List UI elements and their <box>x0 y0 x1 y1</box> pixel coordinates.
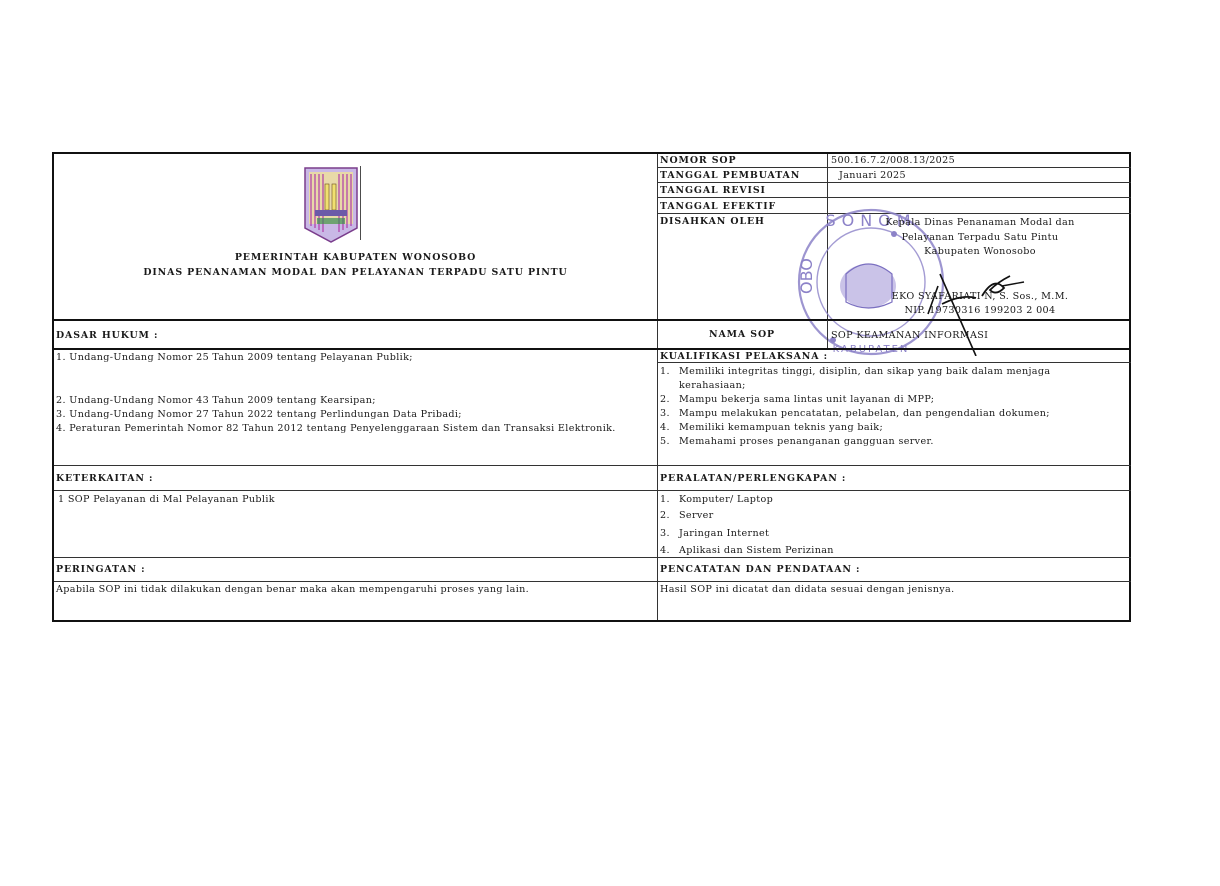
nama-sop-divider <box>827 320 828 348</box>
keterkaitan-label: KETERKAITAN : <box>56 473 153 485</box>
kualifikasi-item: 2.Mampu bekerja sama lintas unit layanan… <box>660 394 934 406</box>
peralatan-item: 4.Aplikasi dan Sistem Perizinan <box>660 545 834 557</box>
column-divider <box>657 154 658 620</box>
row-line <box>54 465 1131 466</box>
row-line <box>657 167 1131 168</box>
tanggal-efektif-label: TANGGAL EFEKTIF <box>660 201 776 213</box>
row-line <box>657 197 1131 198</box>
regency-coat-of-arms-icon <box>303 166 361 244</box>
row-line <box>657 213 1131 214</box>
row-line <box>54 557 1131 558</box>
pencatatan-text: Hasil SOP ini dicatat dan didata sesuai … <box>660 584 955 596</box>
nomor-sop-value: 500.16.7.2/008.13/2025 <box>831 155 955 167</box>
row-line <box>54 348 1131 350</box>
peralatan-label: PERALATAN/PERLENGKAPAN : <box>660 473 846 485</box>
disahkan-oleh-label: DISAHKAN OLEH <box>660 216 765 228</box>
keterkaitan-item: 1 SOP Pelayanan di Mal Pelayanan Publik <box>58 494 275 506</box>
dasar-hukum-item: 4. Peraturan Pemerintah Nomor 82 Tahun 2… <box>56 423 616 435</box>
approver-nip: NIP. 19730316 199203 2 004 <box>830 305 1130 317</box>
kualifikasi-item: 5.Memahami proses penanganan gangguan se… <box>660 436 934 448</box>
approver-title-line1: Kepala Dinas Penanaman Modal dan <box>830 217 1130 229</box>
row-line <box>657 182 1131 183</box>
svg-text:OBO: OBO <box>797 258 816 294</box>
nomor-sop-label: NOMOR SOP <box>660 155 736 167</box>
tanggal-pembuatan-value: Januari 2025 <box>839 170 906 182</box>
kualifikasi-item: 1.Memiliki integritas tinggi, disiplin, … <box>660 366 1050 378</box>
dasar-hukum-label: DASAR HUKUM : <box>56 330 158 342</box>
row-line <box>54 490 1131 491</box>
peralatan-item: 1.Komputer/ Laptop <box>660 494 773 506</box>
peralatan-item: 3.Jaringan Internet <box>660 528 769 540</box>
nama-sop-value: SOP KEAMANAN INFORMASI <box>831 330 988 342</box>
peringatan-label: PERINGATAN : <box>56 564 146 576</box>
nama-sop-label: NAMA SOP <box>657 329 827 341</box>
tanggal-revisi-label: TANGGAL REVISI <box>660 185 766 197</box>
row-line <box>54 581 1131 582</box>
dasar-hukum-item: 2. Undang-Undang Nomor 43 Tahun 2009 ten… <box>56 395 376 407</box>
peringatan-text: Apabila SOP ini tidak dilakukan dengan b… <box>56 584 529 596</box>
header-divider <box>54 319 1131 321</box>
kualifikasi-item: 3.Mampu melakukan pencatatan, pelabelan,… <box>660 408 1050 420</box>
agency-name: DINAS PENANAMAN MODAL DAN PELAYANAN TERP… <box>54 267 657 279</box>
pencatatan-label: PENCATATAN DAN PENDATAAN : <box>660 564 860 576</box>
dasar-hukum-item: 3. Undang-Undang Nomor 27 Tahun 2022 ten… <box>56 409 462 421</box>
row-line <box>657 362 1131 363</box>
sop-document-table: PEMERINTAH KABUPATEN WONOSOBO DINAS PENA… <box>52 152 1131 622</box>
approver-title-line2: Pelayanan Terpadu Satu Pintu <box>830 232 1130 244</box>
peralatan-item: 2.Server <box>660 510 714 522</box>
kualifikasi-item-continued: kerahasiaan; <box>679 380 746 392</box>
tanggal-pembuatan-label: TANGGAL PEMBUATAN <box>660 170 800 182</box>
approver-name: EKO SYAFARIATI N, S. Sos., M.M. <box>830 291 1130 303</box>
government-name: PEMERINTAH KABUPATEN WONOSOBO <box>54 252 657 264</box>
approver-title-line3: Kabupaten Wonosobo <box>830 246 1130 258</box>
kualifikasi-item: 4.Memiliki kemampuan teknis yang baik; <box>660 422 883 434</box>
dasar-hukum-item: 1. Undang-Undang Nomor 25 Tahun 2009 ten… <box>56 352 413 364</box>
